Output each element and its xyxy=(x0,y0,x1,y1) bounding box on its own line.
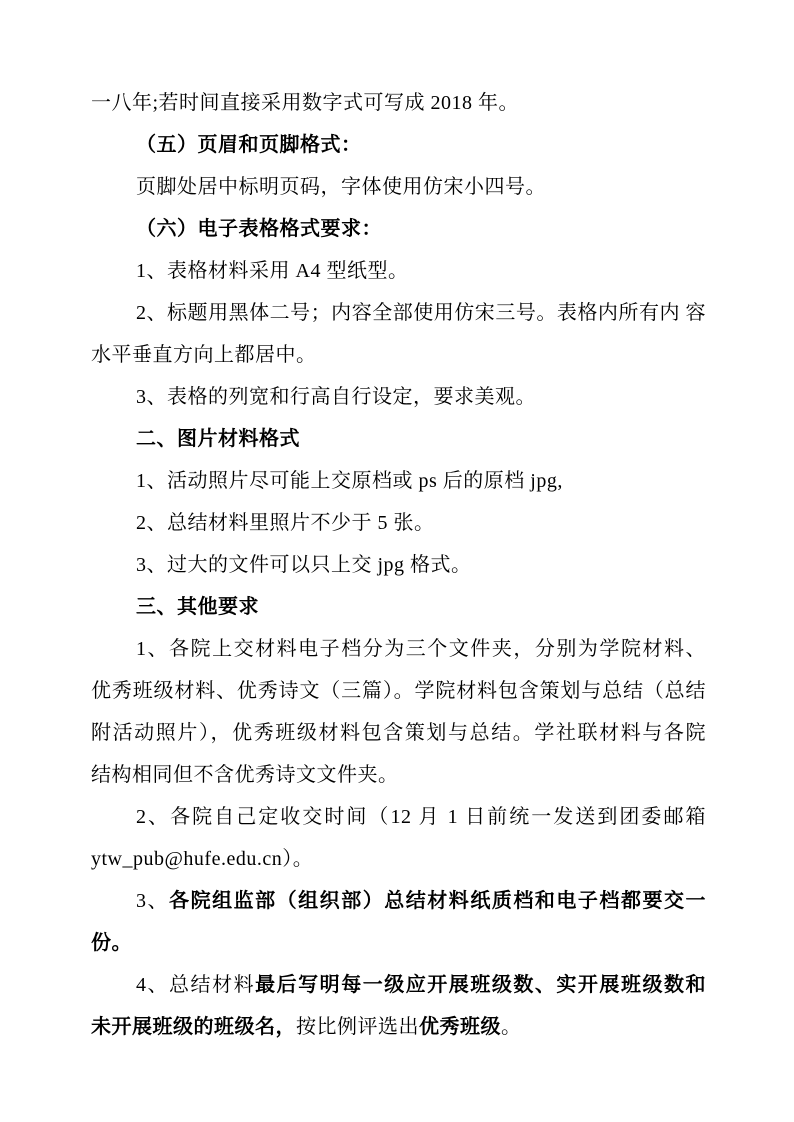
text-segment: 页脚处居中标明页码，字体使用仿宋小四号。 xyxy=(136,176,546,198)
text-line: 2、标题用黑体二号；内容全部使用仿宋三号。表格内所有内 容 xyxy=(91,292,706,334)
text-line: 三、其他要求 xyxy=(91,586,706,628)
text-segment: 按比例评选出 xyxy=(296,1016,419,1038)
bold-text-segment: 未开展班级的班级名， xyxy=(91,1016,296,1038)
text-segment: 1、活动照片尽可能上交原档或 ps 后的原档 jpg, xyxy=(136,470,563,492)
text-line: 附活动照片），优秀班级材料包含策划与总结。学社联材料与各院 xyxy=(91,712,706,754)
bold-text-segment: （五）页眉和页脚格式： xyxy=(136,134,362,156)
text-line: 优秀班级材料、优秀诗文（三篇）。学院材料包含策划与总结（总结 xyxy=(91,670,706,712)
text-segment: 结构相同但不含优秀诗文文件夹。 xyxy=(91,764,399,786)
text-segment: 2、总结材料里照片不少于 5 张。 xyxy=(136,512,435,534)
text-segment: 3、 xyxy=(136,890,169,912)
text-line: 3、表格的列宽和行高自行设定，要求美观。 xyxy=(91,376,706,418)
text-line: ytw_pub@hufe.edu.cn）。 xyxy=(91,838,706,880)
text-segment: 1、各院上交材料电子档分为三个文件夹，分别为学院材料、 xyxy=(136,638,706,660)
text-line: 3、过大的文件可以只上交 jpg 格式。 xyxy=(91,544,706,586)
text-line: 份。 xyxy=(91,922,706,964)
bold-text-segment: （六）电子表格格式要求： xyxy=(136,218,382,240)
text-line: 未开展班级的班级名，按比例评选出优秀班级。 xyxy=(91,1006,706,1048)
document-page: 一八年;若时间直接采用数字式可写成 2018 年。（五）页眉和页脚格式：页脚处居… xyxy=(0,0,794,1122)
bold-text-segment: 份。 xyxy=(91,932,132,954)
text-line: 2、各院自己定收交时间（12 月 1 日前统一发送到团委邮箱 xyxy=(91,796,706,838)
text-line: 1、各院上交材料电子档分为三个文件夹，分别为学院材料、 xyxy=(91,628,706,670)
text-segment: 3、过大的文件可以只上交 jpg 格式。 xyxy=(136,554,472,576)
text-line: 2、总结材料里照片不少于 5 张。 xyxy=(91,502,706,544)
bold-text-segment: 三、其他要求 xyxy=(136,596,259,618)
text-line: 页脚处居中标明页码，字体使用仿宋小四号。 xyxy=(91,166,706,208)
text-segment: 。 xyxy=(501,1016,522,1038)
text-segment: 一八年;若时间直接采用数字式可写成 2018 年。 xyxy=(91,92,519,114)
text-line: 1、活动照片尽可能上交原档或 ps 后的原档 jpg, xyxy=(91,460,706,502)
bold-text-segment: 优秀班级 xyxy=(419,1016,501,1038)
text-segment: 优秀班级材料、优秀诗文（三篇）。学院材料包含策划与总结（总结 xyxy=(91,680,706,702)
text-segment: 2、标题用黑体二号；内容全部使用仿宋三号。表格内所有内 容 xyxy=(136,302,706,324)
text-line: 4、总结材料最后写明每一级应开展班级数、实开展班级数和 xyxy=(91,964,706,1006)
text-line: （五）页眉和页脚格式： xyxy=(91,124,706,166)
text-line: 结构相同但不含优秀诗文文件夹。 xyxy=(91,754,706,796)
bold-text-segment: 最后写明每一级应开展班级数、实开展班级数和 xyxy=(255,974,706,996)
bold-text-segment: 各院组监部（组织部）总结材料纸质档和电子档都要交一 xyxy=(169,890,706,912)
text-line: 1、表格材料采用 A4 型纸型。 xyxy=(91,250,706,292)
text-segment: ytw_pub@hufe.edu.cn）。 xyxy=(91,848,313,870)
text-line: 二、图片材料格式 xyxy=(91,418,706,460)
text-segment: 3、表格的列宽和行高自行设定，要求美观。 xyxy=(136,386,536,408)
text-segment: 水平垂直方向上都居中。 xyxy=(91,344,317,366)
text-segment: 2、各院自己定收交时间（12 月 1 日前统一发送到团委邮箱 xyxy=(136,806,706,828)
text-line: 一八年;若时间直接采用数字式可写成 2018 年。 xyxy=(91,82,706,124)
document-body: 一八年;若时间直接采用数字式可写成 2018 年。（五）页眉和页脚格式：页脚处居… xyxy=(91,82,706,1048)
text-line: 3、各院组监部（组织部）总结材料纸质档和电子档都要交一 xyxy=(91,880,706,922)
text-segment: 4、总结材料 xyxy=(136,974,255,996)
text-line: 水平垂直方向上都居中。 xyxy=(91,334,706,376)
bold-text-segment: 二、图片材料格式 xyxy=(136,428,300,450)
text-segment: 附活动照片），优秀班级材料包含策划与总结。学社联材料与各院 xyxy=(91,722,706,744)
text-line: （六）电子表格格式要求： xyxy=(91,208,706,250)
text-segment: 1、表格材料采用 A4 型纸型。 xyxy=(136,260,408,282)
